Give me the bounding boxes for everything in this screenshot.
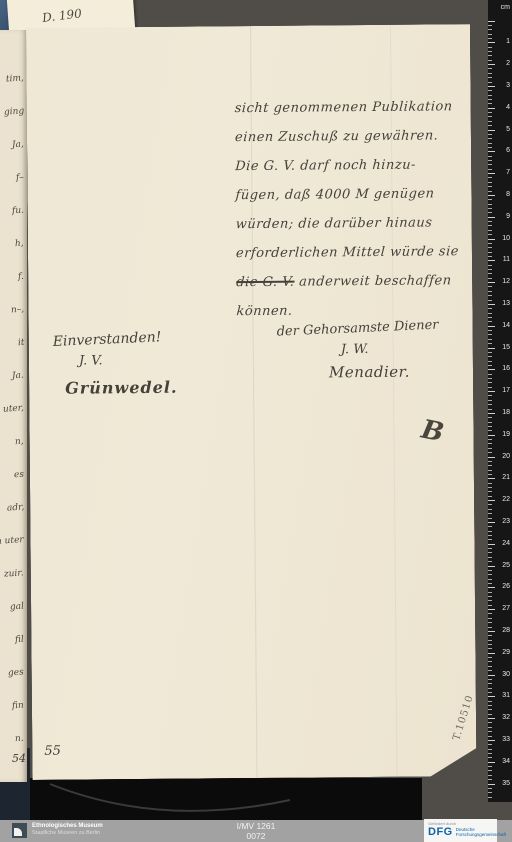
ruler-tick xyxy=(488,217,495,218)
ruler-tick xyxy=(488,234,492,235)
ruler-number: 6 xyxy=(506,147,510,154)
ruler-tick xyxy=(488,64,495,65)
ruler-tick xyxy=(488,465,492,466)
ruler-tick xyxy=(488,382,492,383)
handwriting-line-struck: die G. V. anderweit beschaffen xyxy=(235,266,473,297)
ruler-number: 9 xyxy=(506,213,510,220)
ruler-tick xyxy=(488,661,492,662)
ruler-tick xyxy=(488,173,495,174)
ruler-tick xyxy=(488,134,492,135)
ruler-tick xyxy=(488,618,492,619)
ruler-tick xyxy=(488,504,492,505)
ruler-number: 1 xyxy=(506,38,510,45)
signature-menadier: Menadier. xyxy=(329,362,439,381)
dfg-logo: DFG xyxy=(428,826,453,838)
ruler-tick xyxy=(488,500,495,501)
ruler-tick xyxy=(488,788,492,789)
margin-text-fragment: Ja. xyxy=(12,371,25,382)
page-number-left: 54 xyxy=(12,752,26,765)
ruler-tick xyxy=(488,557,492,558)
ruler-number: 21 xyxy=(502,474,510,481)
ruler-tick xyxy=(488,439,492,440)
ruler-tick xyxy=(488,308,492,309)
ruler-tick xyxy=(488,256,492,257)
ruler-tick xyxy=(488,138,492,139)
ruler-tick xyxy=(488,60,492,61)
ruler-tick xyxy=(488,195,495,196)
document-page: sicht genommenen Publikationeinen Zuschu… xyxy=(26,24,477,780)
handwriting-line: erforderlichen Mittel würde sie xyxy=(235,237,473,268)
ruler-tick xyxy=(488,448,492,449)
margin-text-fragment: gal xyxy=(10,602,25,613)
margin-text-fragment: n. xyxy=(15,734,24,745)
ruler-tick xyxy=(488,409,492,410)
closing-formula: der Gehorsamste Diener xyxy=(276,318,438,340)
margin-text-fragment: n–, xyxy=(10,305,24,316)
ruler-number: 15 xyxy=(502,344,510,351)
ruler-tick xyxy=(488,622,492,623)
ruler-tick xyxy=(488,365,492,366)
ruler-tick xyxy=(488,169,492,170)
ruler-number: 7 xyxy=(506,169,510,176)
margin-text-fragment: Ja, xyxy=(12,140,25,151)
ruler-tick xyxy=(488,413,495,414)
ruler-tick xyxy=(488,635,492,636)
ruler-tick xyxy=(488,653,495,654)
margin-text-fragment: fin xyxy=(12,701,24,712)
margin-text-fragment: zuir. xyxy=(4,568,24,579)
ruler-tick xyxy=(488,321,492,322)
ruler-tick xyxy=(488,792,492,793)
margin-text-fragment: n uter xyxy=(0,535,24,547)
ruler-tick xyxy=(488,509,492,510)
ruler-tick xyxy=(488,317,492,318)
ruler-tick xyxy=(488,116,492,117)
ruler-tick xyxy=(488,243,492,244)
dfg-name: Deutsche Forschungsgemeinschaft xyxy=(456,827,506,837)
ruler-tick xyxy=(488,156,492,157)
ruler-tick xyxy=(488,531,492,532)
ruler-tick xyxy=(488,613,492,614)
ruler-tick xyxy=(488,269,492,270)
ruler-unit-label: cm xyxy=(501,4,510,11)
ruler-tick xyxy=(488,722,492,723)
ruler-tick xyxy=(488,570,492,571)
ruler-tick xyxy=(488,579,492,580)
ruler-tick xyxy=(488,400,492,401)
ruler-tick xyxy=(488,121,492,122)
ruler-tick xyxy=(488,605,492,606)
ruler-tick xyxy=(488,300,492,301)
ruler-tick xyxy=(488,326,495,327)
margin-text-fragment: fu. xyxy=(12,206,25,217)
ruler-number: 35 xyxy=(502,780,510,787)
ruler-tick xyxy=(488,90,492,91)
ruler-tick xyxy=(488,374,492,375)
ruler-tick xyxy=(488,670,492,671)
inventory-corner-note: T.10510 xyxy=(451,694,476,742)
ruler-tick xyxy=(488,330,492,331)
ruler-tick xyxy=(488,609,495,610)
ruler-number: 17 xyxy=(502,387,510,394)
ruler-tick xyxy=(488,679,492,680)
ruler-tick xyxy=(488,457,495,458)
binding-cord xyxy=(40,782,300,822)
ruler-tick xyxy=(488,108,495,109)
ruler-number: 11 xyxy=(503,256,510,263)
ruler-tick xyxy=(488,474,492,475)
ruler-tick xyxy=(488,304,495,305)
ruler-tick xyxy=(488,334,492,335)
approval-initials: J. V. xyxy=(79,353,177,369)
ruler-tick xyxy=(488,435,495,436)
ruler-tick xyxy=(488,260,495,261)
ruler-tick xyxy=(488,103,492,104)
ruler-tick xyxy=(488,273,492,274)
ruler-number: 22 xyxy=(502,496,510,503)
ruler-tick xyxy=(488,369,495,370)
page-number-right: 55 xyxy=(44,744,61,759)
ruler-number: 29 xyxy=(502,649,510,656)
ruler-tick xyxy=(488,644,492,645)
ruler-tick xyxy=(488,770,492,771)
ruler-tick xyxy=(488,753,492,754)
ruler-tick xyxy=(488,212,492,213)
ruler-tick xyxy=(488,483,492,484)
ruler-tick xyxy=(488,348,495,349)
ruler-tick xyxy=(488,395,492,396)
handwriting-line: einen Zuschuß zu gewähren. xyxy=(234,121,472,152)
ruler-tick xyxy=(488,574,492,575)
ruler-tick xyxy=(488,191,492,192)
ruler-number: 25 xyxy=(502,562,510,569)
ruler-number: 32 xyxy=(502,714,510,721)
ruler-number: 5 xyxy=(506,126,510,133)
ruler-number: 18 xyxy=(502,409,510,416)
ruler-tick xyxy=(488,339,492,340)
ruler-tick xyxy=(488,112,492,113)
ruler-number: 30 xyxy=(502,671,510,678)
ruler-number: 33 xyxy=(502,736,510,743)
closing-initials: J. W. xyxy=(341,341,439,357)
ruler-tick xyxy=(488,487,492,488)
ruler-tick xyxy=(488,640,492,641)
handwriting-line: sicht genommenen Publikation xyxy=(234,92,472,123)
margin-text-fragment: adr, xyxy=(6,502,24,513)
ruler-tick xyxy=(488,21,495,22)
ruler-number: 31 xyxy=(502,692,510,699)
facing-page-strip: tim,gingJa,f–fu.h,f.n–,itJa.uter,n,esadr… xyxy=(0,30,27,782)
ruler-tick xyxy=(488,286,492,287)
ruler-tick xyxy=(488,230,492,231)
ruler-tick xyxy=(488,99,492,100)
ruler-number: 23 xyxy=(502,518,510,525)
ruler-tick xyxy=(488,461,492,462)
ruler-tick xyxy=(488,430,492,431)
ruler-tick xyxy=(488,356,492,357)
ruler-tick xyxy=(488,252,492,253)
ruler-tick xyxy=(488,291,492,292)
ruler-tick xyxy=(488,208,492,209)
ruler-tick xyxy=(488,779,492,780)
margin-text-fragment: h, xyxy=(15,239,24,250)
ruler-number: 8 xyxy=(506,191,510,198)
ruler-tick xyxy=(488,282,495,283)
ruler-number: 34 xyxy=(502,758,510,765)
ruler-tick xyxy=(488,592,492,593)
handwriting-line: fügen, daß 4000 M genügen xyxy=(235,179,473,210)
ruler-tick xyxy=(488,491,492,492)
ruler-number: 13 xyxy=(502,300,510,307)
margin-text-fragment: it xyxy=(17,338,24,348)
ruler-tick xyxy=(488,692,492,693)
ruler-tick xyxy=(488,404,492,405)
ruler-tick xyxy=(488,688,492,689)
ruler-tick xyxy=(488,34,492,35)
ruler-tick xyxy=(488,361,492,362)
ruler-tick xyxy=(488,775,492,776)
ruler-tick xyxy=(488,731,492,732)
ruler-tick xyxy=(488,221,492,222)
ruler-tick xyxy=(488,535,492,536)
ruler-tick xyxy=(488,25,492,26)
ruler-tick xyxy=(488,600,492,601)
ruler-number: 3 xyxy=(506,82,510,89)
ruler-tick xyxy=(488,513,492,514)
closing-block: der Gehorsamste Diener J. W. Menadier. xyxy=(277,320,439,381)
ruler-number: 14 xyxy=(502,322,510,329)
ruler-tick xyxy=(488,186,492,187)
ruler-tick xyxy=(488,278,492,279)
ruler-tick xyxy=(488,683,492,684)
signature-gruenwedel: Grünwedel. xyxy=(65,378,177,398)
ruler-tick xyxy=(488,51,492,52)
ruler-tick xyxy=(488,352,492,353)
ruler-number: 26 xyxy=(502,583,510,590)
ruler-number: 10 xyxy=(502,235,510,242)
ruler-tick xyxy=(488,522,495,523)
ruler-tick xyxy=(488,714,492,715)
ruler-tick xyxy=(488,95,492,96)
ruler-number: 12 xyxy=(502,278,510,285)
ruler-tick xyxy=(488,561,492,562)
ruler-tick xyxy=(488,709,492,710)
ruler-number: 2 xyxy=(506,60,510,67)
ruler-tick xyxy=(488,343,492,344)
ruler-tick xyxy=(488,204,492,205)
ruler-tick xyxy=(488,696,495,697)
measurement-ruler: cm 1234567891011121314151617181920212223… xyxy=(488,0,512,802)
ruler-tick xyxy=(488,452,492,453)
ruler-tick xyxy=(488,657,492,658)
ruler-tick xyxy=(488,55,492,56)
ruler-tick xyxy=(488,705,492,706)
margin-text-fragment: f. xyxy=(18,272,25,282)
ruler-tick xyxy=(488,544,495,545)
ruler-tick xyxy=(488,762,495,763)
approval-block: Einverstanden! J. V. Grünwedel. xyxy=(53,331,178,398)
ruler-tick xyxy=(488,177,492,178)
handwriting-line: würden; die darüber hinaus xyxy=(235,208,473,239)
ruler-tick xyxy=(488,548,492,549)
ruler-number: 27 xyxy=(502,605,510,612)
ruler-number: 20 xyxy=(502,453,510,460)
ruler-tick xyxy=(488,596,492,597)
margin-text-fragment: es xyxy=(14,470,25,481)
ruler-tick xyxy=(488,391,495,392)
ruler-tick xyxy=(488,757,492,758)
ruler-tick xyxy=(488,718,495,719)
ruler-tick xyxy=(488,422,492,423)
ruler-tick xyxy=(488,443,492,444)
ruler-tick xyxy=(488,199,492,200)
ruler-number: 4 xyxy=(506,104,510,111)
ruler-tick xyxy=(488,749,492,750)
ruler-tick xyxy=(488,727,492,728)
ruler-tick xyxy=(488,130,495,131)
ruler-tick xyxy=(488,82,492,83)
ruler-tick xyxy=(488,47,492,48)
ruler-tick xyxy=(488,648,492,649)
ruler-tick xyxy=(488,73,492,74)
ruler-tick xyxy=(488,225,492,226)
ruler-tick xyxy=(488,470,492,471)
ruler-number: 19 xyxy=(502,431,510,438)
ruler-tick xyxy=(488,736,492,737)
ruler-tick xyxy=(488,86,495,87)
ruler-tick xyxy=(488,313,492,314)
ruler-tick xyxy=(488,478,495,479)
ruler-tick xyxy=(488,77,492,78)
ruler-tick xyxy=(488,526,492,527)
ruler-tick xyxy=(488,265,492,266)
ruler-number: 28 xyxy=(502,627,510,634)
ruler-tick xyxy=(488,566,495,567)
ruler-tick xyxy=(488,38,492,39)
loose-sheet-note: D. 190 xyxy=(41,6,82,25)
ruler-tick xyxy=(488,42,495,43)
ruler-tick xyxy=(488,125,492,126)
ruler-number: 24 xyxy=(502,540,510,547)
ruler-tick xyxy=(488,675,495,676)
approval-note: Einverstanden! xyxy=(52,329,177,350)
funding-box: Gefördert durch DFG Deutsche Forschungsg… xyxy=(424,819,497,842)
ruler-tick xyxy=(488,151,495,152)
ruler-tick xyxy=(488,247,492,248)
margin-text-fragment: n, xyxy=(15,437,24,448)
ruler-tick xyxy=(488,387,492,388)
margin-text-fragment: fil xyxy=(15,635,25,646)
ruler-tick xyxy=(488,239,495,240)
ruler-tick xyxy=(488,784,495,785)
ruler-tick xyxy=(488,701,492,702)
ruler-tick xyxy=(488,627,492,628)
ruler-tick xyxy=(488,666,492,667)
ruler-tick xyxy=(488,160,492,161)
ruler-tick xyxy=(488,583,492,584)
ruler-tick xyxy=(488,29,492,30)
ruler-tick xyxy=(488,496,492,497)
ruler-number: 16 xyxy=(502,365,510,372)
ruler-tick xyxy=(488,797,492,798)
ruler-tick xyxy=(488,587,495,588)
ruler-tick xyxy=(488,552,492,553)
margin-text-fragment: ging xyxy=(3,106,24,117)
ruler-tick xyxy=(488,378,492,379)
margin-text-fragment: ges xyxy=(8,667,24,678)
ruler-tick xyxy=(488,766,492,767)
margin-text-fragment: uter, xyxy=(3,403,25,414)
ruler-tick xyxy=(488,744,492,745)
ruler-tick xyxy=(488,143,492,144)
handwriting-line: Die G. V. darf noch hinzu- xyxy=(234,150,472,181)
margin-text-fragment: tim, xyxy=(6,73,25,84)
ruler-tick xyxy=(488,518,492,519)
ruler-tick xyxy=(488,68,492,69)
ruler-tick xyxy=(488,417,492,418)
paraph-mark: B xyxy=(419,415,447,449)
ruler-tick xyxy=(488,164,492,165)
handwritten-paragraph: sicht genommenen Publikationeinen Zuschu… xyxy=(235,92,473,326)
footer-bar: Ethnologisches Museum Staatliche Museen … xyxy=(0,820,512,842)
ruler-tick xyxy=(488,539,492,540)
ruler-tick xyxy=(488,295,492,296)
ruler-tick xyxy=(488,740,495,741)
ruler-tick xyxy=(488,147,492,148)
margin-text-fragment: f– xyxy=(16,173,25,184)
ruler-tick xyxy=(488,182,492,183)
ruler-tick xyxy=(488,426,492,427)
ruler-tick xyxy=(488,631,495,632)
